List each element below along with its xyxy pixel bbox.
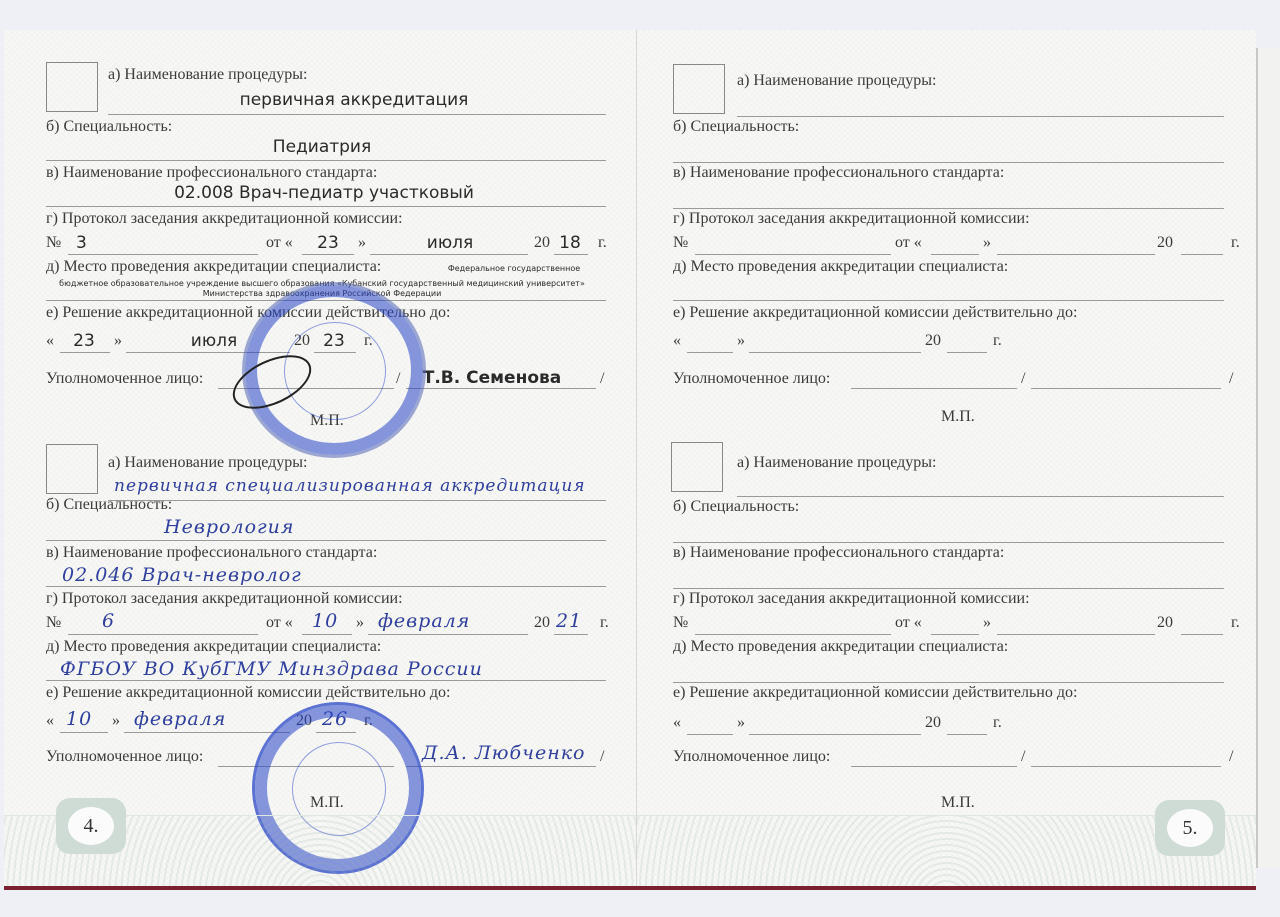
year-suffix: г. [600, 614, 609, 632]
year-prefix: 20 [534, 234, 550, 252]
protocol-number-line [695, 634, 891, 635]
quote-open: « [46, 712, 54, 730]
place-label: д) Место проведения аккредитации специал… [46, 258, 381, 276]
specialty-label: б) Специальность: [673, 498, 799, 516]
place-line [673, 300, 1224, 301]
place-value-line1: Федеральное государственное [448, 264, 580, 273]
specialty-value: Педиатрия [273, 137, 371, 157]
signature-line [851, 388, 1017, 389]
protocol-year-line [1181, 254, 1223, 255]
valid-day-line [60, 352, 110, 353]
entry-checkbox [673, 64, 725, 114]
protocol-year-line [1181, 634, 1223, 635]
page-number: 4. [68, 807, 114, 845]
authorized-label: Уполномоченное лицо: [673, 370, 830, 388]
number-sign: № [46, 234, 61, 252]
protocol-label: г) Протокол заседания аккредитационной к… [673, 210, 1030, 228]
standard-label: в) Наименование профессионального станда… [46, 544, 377, 562]
protocol-label: г) Протокол заседания аккредитационной к… [673, 590, 1030, 608]
valid-month-line [749, 734, 921, 735]
year-prefix: 20 [534, 614, 550, 632]
procedure-handwritten-value: первичная специализированная аккредитаци… [114, 476, 586, 496]
protocol-day-line [931, 254, 979, 255]
protocol-month-value: июля [427, 233, 473, 253]
place-line [46, 680, 606, 681]
standard-label: в) Наименование профессионального станда… [673, 164, 1004, 182]
stamp-place-label: М.П. [941, 794, 975, 812]
accreditation-booklet: а) Наименование процедуры: первичная акк… [4, 30, 1256, 890]
decision-label: е) Решение аккредитационной комиссии дей… [46, 684, 450, 702]
specialty-label: б) Специальность: [46, 496, 172, 514]
specialty-line [673, 162, 1224, 163]
protocol-day-line [302, 254, 354, 255]
quote-close: » [356, 614, 364, 632]
protocol-number-value: 6 [102, 610, 115, 632]
page-number-badge: 4. [56, 798, 126, 854]
place-handwritten-value: ФГБОУ ВО КубГМУ Минздрава России [60, 658, 483, 680]
slash: / [600, 748, 604, 766]
authorized-label: Уполномоченное лицо: [46, 748, 203, 766]
standard-value: 02.008 Врач-педиатр участковый [174, 183, 474, 203]
authorized-label: Уполномоченное лицо: [673, 748, 830, 766]
valid-year-line [947, 352, 987, 353]
protocol-month-line [370, 254, 528, 255]
standard-line [673, 588, 1224, 589]
valid-day-line [687, 352, 733, 353]
year-prefix: 20 [1157, 234, 1173, 252]
quote-close: » [983, 614, 991, 632]
decision-label: е) Решение аккредитационной комиссии дей… [673, 684, 1077, 702]
procedure-line [108, 500, 606, 501]
protocol-day-value: 10 [312, 610, 338, 632]
from-label: от « [266, 614, 293, 632]
quote-close: » [114, 332, 122, 350]
year-suffix: г. [993, 332, 1002, 350]
year-prefix: 20 [925, 714, 941, 732]
place-label: д) Место проведения аккредитации специал… [673, 638, 1008, 656]
entry-checkbox [671, 442, 723, 492]
quote-close: » [112, 712, 120, 730]
slash: / [600, 370, 604, 388]
protocol-year-line [554, 634, 588, 635]
slash: / [1021, 370, 1025, 388]
protocol-label: г) Протокол заседания аккредитационной к… [46, 210, 403, 228]
procedure-line [737, 116, 1224, 117]
protocol-month-value: февраля [378, 610, 470, 632]
year-prefix: 20 [925, 332, 941, 350]
procedure-label: а) Наименование процедуры: [737, 72, 936, 90]
year-suffix: г. [993, 714, 1002, 732]
slash: / [1229, 370, 1233, 388]
year-prefix: 20 [1157, 614, 1173, 632]
name-line [406, 388, 596, 389]
valid-month-value: февраля [134, 708, 226, 730]
protocol-month-line [368, 634, 528, 635]
quote-open: « [673, 714, 681, 732]
from-label: от « [895, 614, 922, 632]
specialty-line [46, 540, 606, 541]
procedure-label: а) Наименование процедуры: [108, 66, 307, 84]
page-number: 5. [1167, 809, 1213, 847]
protocol-day-line [302, 634, 352, 635]
quote-close: » [737, 332, 745, 350]
year-suffix: г. [1231, 234, 1240, 252]
protocol-year-value: 18 [559, 233, 581, 253]
page-5: а) Наименование процедуры: б) Специально… [637, 30, 1256, 886]
signature-line [851, 766, 1017, 767]
protocol-number-line [695, 254, 891, 255]
valid-day-value: 23 [73, 331, 95, 351]
quote-open: « [673, 332, 681, 350]
specialty-handwritten-value: Неврология [164, 516, 294, 538]
standard-label: в) Наименование профессионального станда… [673, 544, 1004, 562]
protocol-day-value: 23 [317, 233, 339, 253]
protocol-label: г) Протокол заседания аккредитационной к… [46, 590, 403, 608]
valid-month-line [749, 352, 921, 353]
from-label: от « [266, 234, 293, 252]
specialty-label: б) Специальность: [673, 118, 799, 136]
valid-month-line [124, 732, 290, 733]
protocol-month-line [997, 254, 1155, 255]
slash: / [1229, 748, 1233, 766]
quote-close: » [737, 714, 745, 732]
valid-year-line [947, 734, 987, 735]
place-label: д) Место проведения аккредитации специал… [673, 258, 1008, 276]
procedure-line [108, 114, 606, 115]
authorized-person-value: Т.В. Семенова [423, 368, 561, 388]
protocol-number-line [68, 254, 258, 255]
name-line [1031, 388, 1221, 389]
decision-label: е) Решение аккредитационной комиссии дей… [673, 304, 1077, 322]
entry-checkbox [46, 444, 98, 494]
protocol-number-value: 3 [76, 233, 87, 253]
valid-day-line [60, 732, 108, 733]
entry-checkbox [46, 62, 98, 112]
slash: / [1021, 748, 1025, 766]
procedure-label: а) Наименование процедуры: [737, 454, 936, 472]
protocol-day-line [931, 634, 979, 635]
stamp-place-label: М.П. [941, 408, 975, 426]
valid-month-value: июля [191, 331, 237, 351]
quote-close: » [983, 234, 991, 252]
number-sign: № [673, 234, 688, 252]
specialty-line [46, 160, 606, 161]
standard-label: в) Наименование профессионального станда… [46, 164, 377, 182]
next-page-edge [1256, 48, 1280, 868]
name-line [1031, 766, 1221, 767]
procedure-value: первичная аккредитация [240, 90, 469, 110]
procedure-line [737, 496, 1224, 497]
valid-day-value: 10 [66, 708, 92, 730]
standard-line [46, 206, 606, 207]
protocol-number-line [68, 634, 258, 635]
number-sign: № [673, 614, 688, 632]
year-suffix: г. [1231, 614, 1240, 632]
authorized-label: Уполномоченное лицо: [46, 370, 203, 388]
from-label: от « [895, 234, 922, 252]
standard-line [673, 208, 1224, 209]
procedure-label: а) Наименование процедуры: [108, 454, 307, 472]
protocol-year-value: 21 [556, 610, 582, 632]
specialty-label: б) Специальность: [46, 118, 172, 136]
protocol-month-line [997, 634, 1155, 635]
valid-day-line [687, 734, 733, 735]
name-line [406, 766, 596, 767]
standard-handwritten-value: 02.046 Врач-невролог [62, 564, 302, 586]
protocol-year-line [554, 254, 588, 255]
place-label: д) Место проведения аккредитации специал… [46, 638, 381, 656]
place-line [673, 682, 1224, 683]
quote-close: » [358, 234, 366, 252]
year-suffix: г. [598, 234, 607, 252]
specialty-line [673, 542, 1224, 543]
quote-open: « [46, 332, 54, 350]
number-sign: № [46, 614, 61, 632]
page-number-badge: 5. [1155, 800, 1225, 856]
standard-line [46, 586, 606, 587]
authorized-person-value: Д.А. Любченко [422, 742, 586, 764]
page-4: а) Наименование процедуры: первичная акк… [4, 30, 637, 886]
